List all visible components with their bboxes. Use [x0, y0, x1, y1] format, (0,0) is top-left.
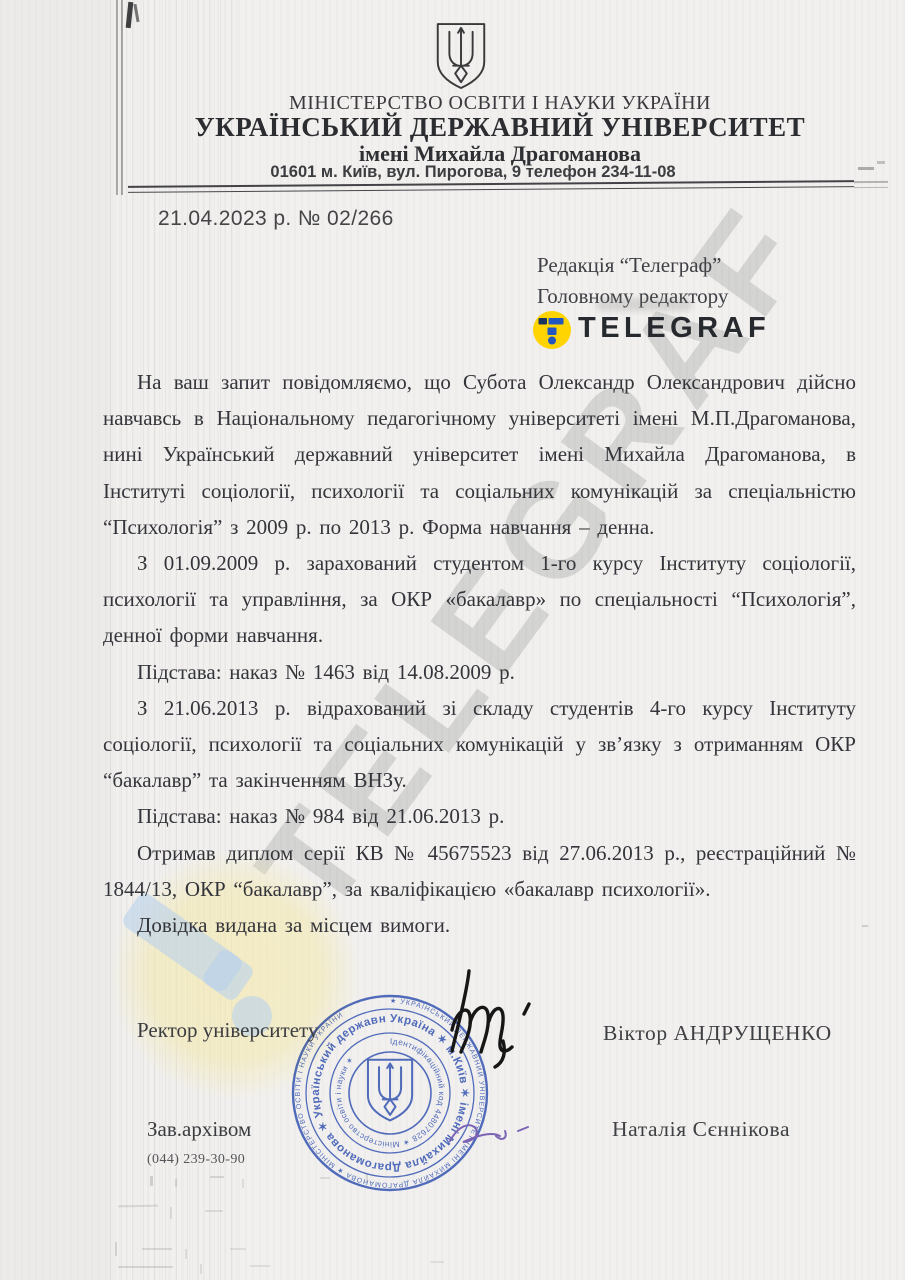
header-address: 01601 м. Київ, вул. Пирогова, 9 телефон …: [93, 163, 853, 182]
rector-signature-scribble: [430, 960, 540, 1075]
paragraph-7: Довідка видана за місцем вимоги.: [103, 907, 856, 943]
archivist-signature-scribble: [440, 1118, 540, 1153]
rector-title: Ректор університету: [137, 1018, 318, 1043]
scanned-letter-page: { "document": { "header": { "emblem_icon…: [0, 0, 905, 1280]
archivist-title: Зав.архівом: [147, 1117, 251, 1142]
paragraph-6: Отримав диплом серії КВ № 45675523 від 2…: [103, 835, 856, 907]
telegraf-wordmark: TELEGRAF: [578, 312, 770, 345]
letter-body: На ваш запит повідомляємо, що Субота Оле…: [103, 364, 856, 943]
header-rule-extension: [854, 181, 888, 188]
scan-smudge: [596, 298, 692, 311]
telegraf-logo-icon: [531, 309, 573, 351]
paragraph-4: З 21.06.2013 р. відрахований зі складу с…: [103, 690, 856, 799]
scan-speck: [862, 925, 868, 927]
scan-speck: [858, 167, 874, 170]
scan-left-edge: [0, 0, 112, 1280]
stamp-trident-icon: [368, 1060, 412, 1121]
reference-number-line: 21.04.2023 р. № 02/266: [158, 207, 394, 231]
header-university: УКРАЇНСЬКИЙ ДЕРЖАВНИЙ УНІВЕРСИТЕТ: [120, 112, 880, 143]
recipient-org: Редакція “Телеграф”: [537, 250, 728, 281]
paragraph-5: Підстава: наказ № 984 від 21.06.2013 р.: [103, 798, 856, 834]
paragraph-1: На ваш запит повідомляємо, що Субота Оле…: [103, 364, 856, 545]
archivist-phone: (044) 239-30-90: [147, 1152, 245, 1168]
archivist-name: Наталія Сєннікова: [612, 1117, 790, 1142]
trident-emblem-icon: [430, 21, 492, 91]
paragraph-2: З 01.09.2009 р. зарахований студентом 1-…: [103, 545, 856, 654]
paragraph-3: Підстава: наказ № 1463 від 14.08.2009 р.: [103, 654, 856, 690]
rector-name: Віктор АНДРУЩЕНКО: [603, 1021, 832, 1046]
